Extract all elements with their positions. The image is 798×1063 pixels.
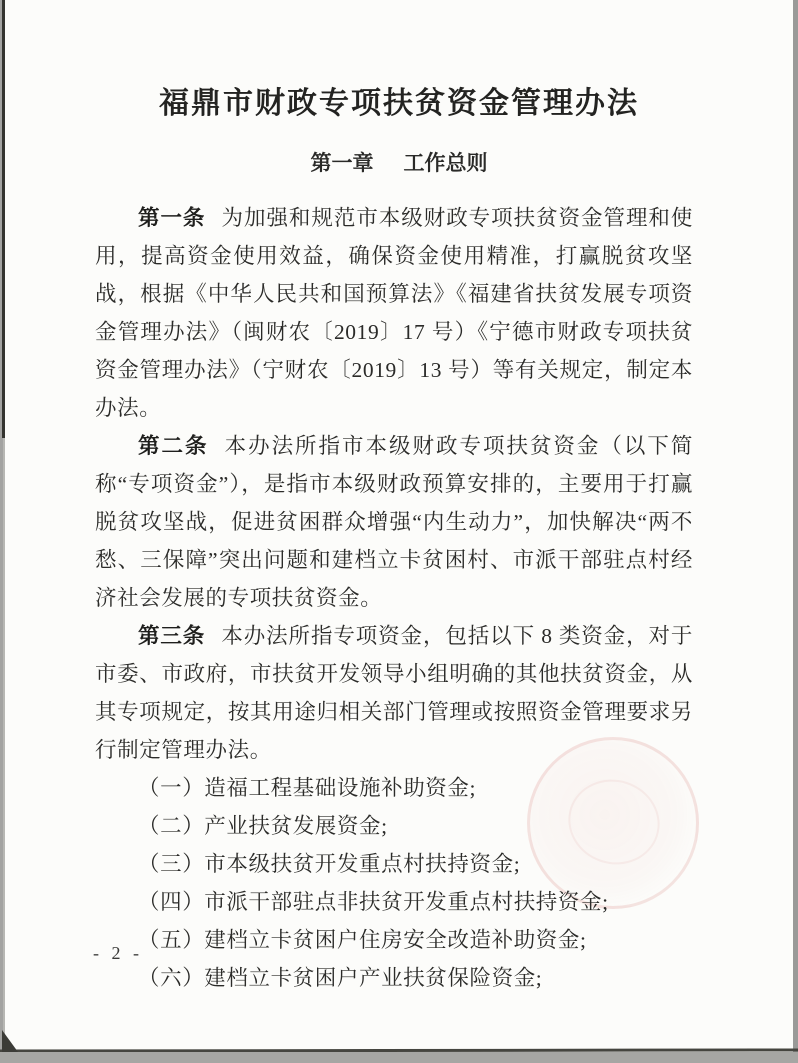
article-2-text: 本办法所指市本级财政专项扶贫资金（以下简称“专项资金”），是指市本级财政预算安排… (95, 434, 693, 610)
chapter-heading: 第一章 工作总则 (0, 147, 798, 177)
fund-list-item-4: （四）市派干部驻点非扶贫开发重点村扶持资金; (95, 883, 693, 921)
fund-list-item-2: （二）产业扶贫发展资金; (95, 807, 693, 845)
article-3: 第三条本办法所指专项资金，包括以下 8 类资金，对于市委、市政府，市扶贫开发领导… (95, 617, 693, 769)
scan-edge-artifact-left-light (3, 438, 5, 1052)
document-title: 福鼎市财政专项扶贫资金管理办法 (0, 78, 798, 122)
chapter-number: 第一章 (311, 147, 374, 177)
fund-list-item-1: （一）造福工程基础设施补助资金; (95, 769, 693, 807)
fund-list-item-6: （六）建档立卡贫困户产业扶贫保险资金; (95, 959, 693, 997)
chapter-title: 工作总则 (404, 147, 488, 177)
document-body: 第一条为加强和规范市本级财政专项扶贫资金管理和使用，提高资金使用效益，确保资金使… (95, 199, 693, 997)
scan-corner-shadow (2, 1030, 18, 1052)
article-1-text: 为加强和规范市本级财政专项扶贫资金管理和使用，提高资金使用效益，确保资金使用精准… (95, 206, 693, 420)
article-1-label: 第一条 (138, 206, 205, 230)
fund-list-item-3: （三）市本级扶贫开发重点村扶持资金; (95, 845, 693, 883)
page-number: - 2 - (93, 943, 143, 964)
scan-edge-artifact-left-dark (2, 0, 5, 438)
article-1: 第一条为加强和规范市本级财政专项扶贫资金管理和使用，提高资金使用效益，确保资金使… (95, 199, 693, 427)
article-3-label: 第三条 (138, 624, 205, 648)
article-2-label: 第二条 (138, 434, 208, 458)
scanned-document-page: 福鼎市财政专项扶贫资金管理办法 第一章 工作总则 第一条为加强和规范市本级财政专… (0, 0, 798, 1063)
fund-list-item-5: （五）建档立卡贫困户住房安全改造补助资金; (95, 921, 693, 959)
article-2: 第二条本办法所指市本级财政专项扶贫资金（以下简称“专项资金”），是指市本级财政预… (95, 427, 693, 617)
scan-edge-artifact-bottom-band (0, 1052, 798, 1063)
